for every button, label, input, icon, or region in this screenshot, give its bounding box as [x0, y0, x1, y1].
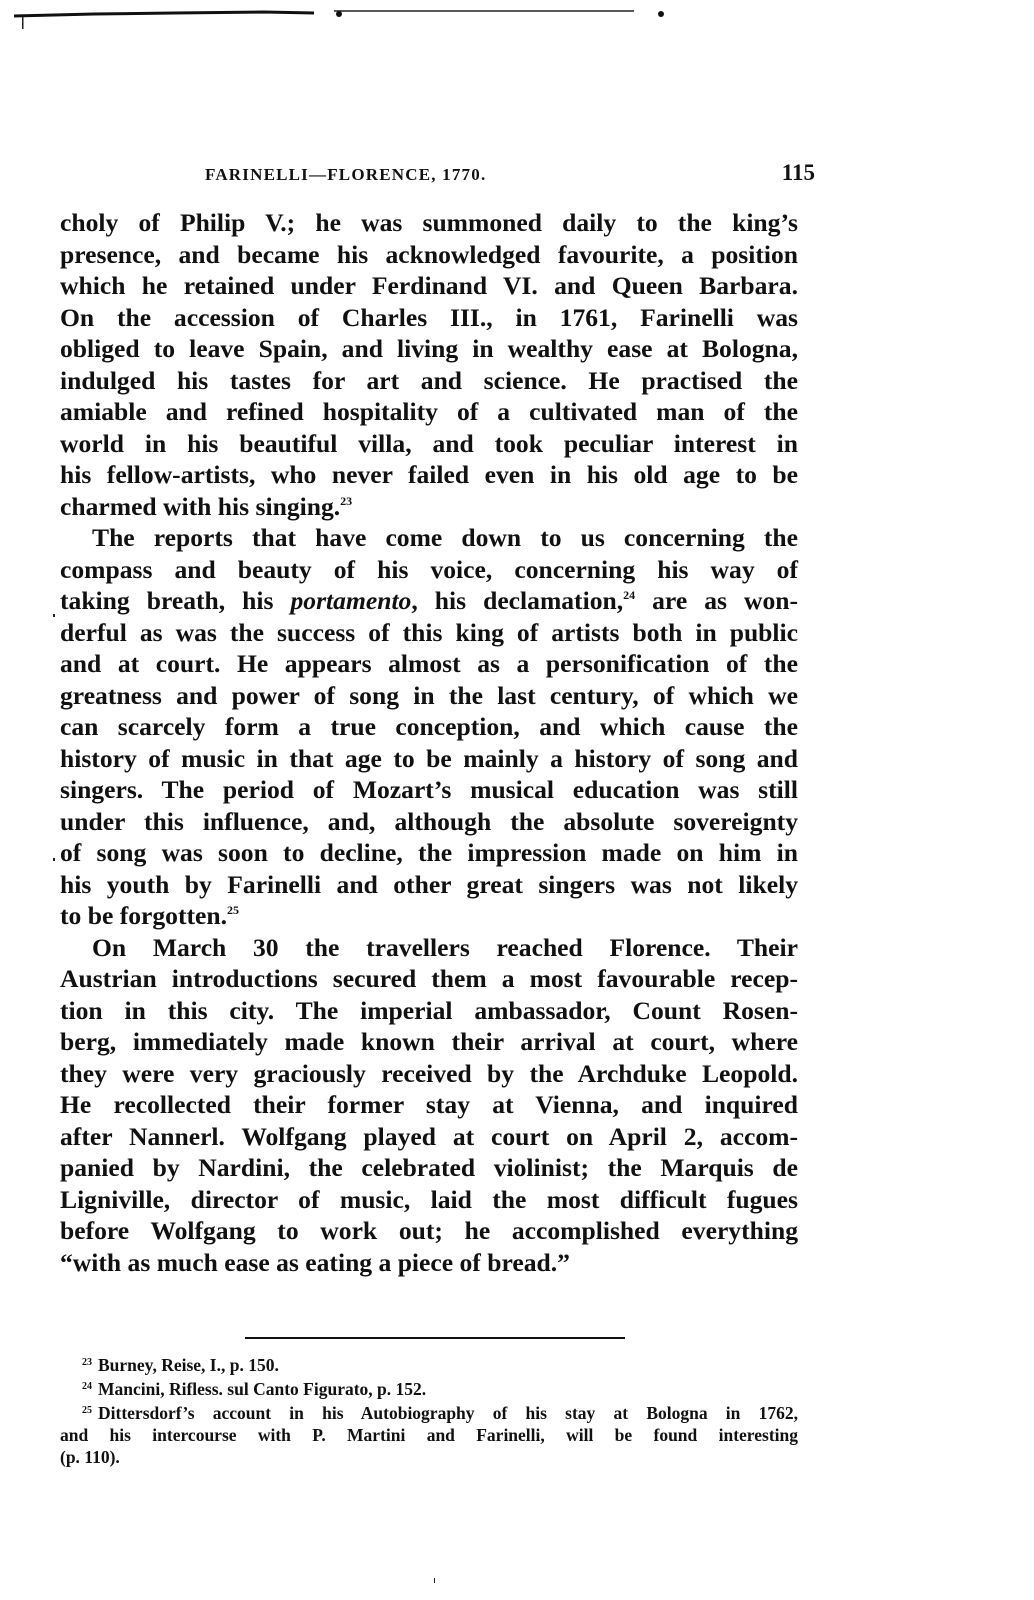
- text-line: The reports that have come down to us co…: [60, 522, 798, 554]
- text-span: can scarcely form a true conception, and…: [60, 712, 798, 741]
- stray-mark: [53, 614, 55, 617]
- footnote-line: and his intercourse with P. Martini and …: [60, 1424, 798, 1446]
- text-line: presence, and became his acknowledged fa…: [60, 239, 798, 271]
- text-line: Ligniville, director of music, laid the …: [60, 1184, 798, 1216]
- text-span: of song was soon to decline, the impress…: [60, 838, 798, 867]
- text-span: berg, immediately made known their arriv…: [60, 1027, 798, 1056]
- footnote-reference[interactable]: 23: [340, 494, 352, 508]
- text-line: they were very graciously received by th…: [60, 1058, 798, 1090]
- text-line: to be forgotten.25: [60, 900, 798, 932]
- italic-term: portamento: [290, 586, 411, 615]
- text-span: under this influence, and, although the …: [60, 807, 798, 836]
- footnote-text: and his intercourse with P. Martini and …: [60, 1425, 798, 1445]
- text-span: world in his beautiful villa, and took p…: [60, 429, 798, 458]
- running-head: FARINELLI—FLORENCE, 1770. 115: [205, 160, 815, 186]
- footnote-divider: [245, 1337, 625, 1339]
- text-line: panied by Nardini, the celebrated violin…: [60, 1152, 798, 1184]
- text-span: , his declamation,: [411, 586, 623, 615]
- text-line: derful as was the success of this king o…: [60, 617, 798, 649]
- footnote-text: Mancini, Rifless. sul Canto Figurato, p.…: [98, 1379, 426, 1399]
- text-span: which he retained under Ferdinand VI. an…: [60, 271, 798, 300]
- text-line: “with as much ease as eating a piece of …: [60, 1247, 798, 1279]
- text-line: indulged his tastes for art and science.…: [60, 365, 798, 397]
- text-line: compass and beauty of his voice, concern…: [60, 554, 798, 586]
- text-span: history of music in that age to be mainl…: [60, 744, 798, 773]
- text-span: On March 30 the travellers reached Flore…: [92, 933, 798, 962]
- footnote: 25Dittersdorf’s account in his Autobiogr…: [60, 1400, 798, 1468]
- text-line: which he retained under Ferdinand VI. an…: [60, 270, 798, 302]
- text-span: Ligniville, director of music, laid the …: [60, 1185, 798, 1214]
- text-span: The reports that have come down to us co…: [92, 523, 798, 552]
- footnote: 23Burney, Reise, I., p. 150.: [60, 1352, 798, 1376]
- text-line: his youth by Farinelli and other great s…: [60, 869, 798, 901]
- text-line: his fellow-artists, who never failed eve…: [60, 459, 798, 491]
- text-span: obliged to leave Spain, and living in we…: [60, 334, 798, 363]
- footnotes: 23Burney, Reise, I., p. 150.24Mancini, R…: [60, 1352, 798, 1468]
- text-line: history of music in that age to be mainl…: [60, 743, 798, 775]
- running-title: FARINELLI—FLORENCE, 1770.: [205, 165, 486, 185]
- text-span: singers. The period of Mozart’s musical …: [60, 775, 798, 804]
- text-span: On the accession of Charles III., in 176…: [60, 303, 798, 332]
- footnote-line: (p. 110).: [60, 1446, 798, 1468]
- text-line: before Wolfgang to work out; he accompli…: [60, 1215, 798, 1247]
- text-line: obliged to leave Spain, and living in we…: [60, 333, 798, 365]
- text-span: his youth by Farinelli and other great s…: [60, 870, 798, 899]
- footnote-text: Burney, Reise, I., p. 150.: [98, 1355, 279, 1375]
- text-span: his fellow-artists, who never failed eve…: [60, 460, 798, 489]
- text-span: after Nannerl. Wolfgang played at court …: [60, 1122, 798, 1151]
- text-span: greatness and power of song in the last …: [60, 681, 798, 710]
- footnote: 24Mancini, Rifless. sul Canto Figurato, …: [60, 1376, 798, 1400]
- text-line: On March 30 the travellers reached Flore…: [60, 932, 798, 964]
- text-span: compass and beauty of his voice, concern…: [60, 555, 798, 584]
- footnote-marker: 23: [82, 1357, 92, 1368]
- text-line: choly of Philip V.; he was summoned dail…: [60, 207, 798, 239]
- footnote-text: Dittersdorf’s account in his Autobiograp…: [98, 1403, 798, 1423]
- text-span: presence, and became his acknowledged fa…: [60, 240, 798, 269]
- text-span: charmed with his singing.: [60, 492, 340, 521]
- text-line: Austrian introductions secured them a mo…: [60, 963, 798, 995]
- footnote-reference[interactable]: 25: [227, 903, 239, 917]
- text-span: are as won-: [635, 586, 798, 615]
- text-span: derful as was the success of this king o…: [60, 618, 798, 647]
- text-line: taking breath, his portamento, his decla…: [60, 585, 798, 617]
- stray-mark: [434, 1578, 435, 1583]
- text-span: indulged his tastes for art and science.…: [60, 366, 798, 395]
- text-span: He recollected their former stay at Vien…: [60, 1090, 798, 1119]
- footnote-marker: 25: [82, 1405, 92, 1416]
- text-span: tion in this city. The imperial ambassad…: [60, 996, 798, 1025]
- scan-edge-artifact: [14, 8, 1024, 30]
- text-span: panied by Nardini, the celebrated violin…: [60, 1153, 798, 1182]
- text-line: and at court. He appears almost as a per…: [60, 648, 798, 680]
- text-line: can scarcely form a true conception, and…: [60, 711, 798, 743]
- text-line: On the accession of Charles III., in 176…: [60, 302, 798, 334]
- text-span: taking breath, his: [60, 586, 290, 615]
- footnote-marker: 24: [82, 1381, 92, 1392]
- footnote-line: 25Dittersdorf’s account in his Autobiogr…: [60, 1400, 798, 1424]
- text-line: after Nannerl. Wolfgang played at court …: [60, 1121, 798, 1153]
- text-span: Austrian introductions secured them a mo…: [60, 964, 798, 993]
- text-line: of song was soon to decline, the impress…: [60, 837, 798, 869]
- footnote-line: 24Mancini, Rifless. sul Canto Figurato, …: [60, 1376, 798, 1400]
- text-span: and at court. He appears almost as a per…: [60, 649, 798, 678]
- text-span: before Wolfgang to work out; he accompli…: [60, 1216, 798, 1245]
- stray-mark: [53, 858, 55, 861]
- footnote-line: 23Burney, Reise, I., p. 150.: [60, 1352, 798, 1376]
- text-line: under this influence, and, although the …: [60, 806, 798, 838]
- body-text: choly of Philip V.; he was summoned dail…: [60, 207, 798, 1278]
- footnote-text: (p. 110).: [60, 1447, 120, 1467]
- text-line: singers. The period of Mozart’s musical …: [60, 774, 798, 806]
- text-span: “with as much ease as eating a piece of …: [60, 1248, 570, 1277]
- text-line: greatness and power of song in the last …: [60, 680, 798, 712]
- text-span: amiable and refined hospitality of a cul…: [60, 397, 798, 426]
- text-line: charmed with his singing.23: [60, 491, 798, 523]
- text-line: world in his beautiful villa, and took p…: [60, 428, 798, 460]
- text-line: tion in this city. The imperial ambassad…: [60, 995, 798, 1027]
- text-span: choly of Philip V.; he was summoned dail…: [60, 208, 798, 237]
- text-line: He recollected their former stay at Vien…: [60, 1089, 798, 1121]
- text-line: berg, immediately made known their arriv…: [60, 1026, 798, 1058]
- text-line: amiable and refined hospitality of a cul…: [60, 396, 798, 428]
- text-span: they were very graciously received by th…: [60, 1059, 798, 1088]
- footnote-reference[interactable]: 24: [623, 588, 635, 602]
- page-number: 115: [782, 160, 815, 186]
- text-span: to be forgotten.: [60, 901, 227, 930]
